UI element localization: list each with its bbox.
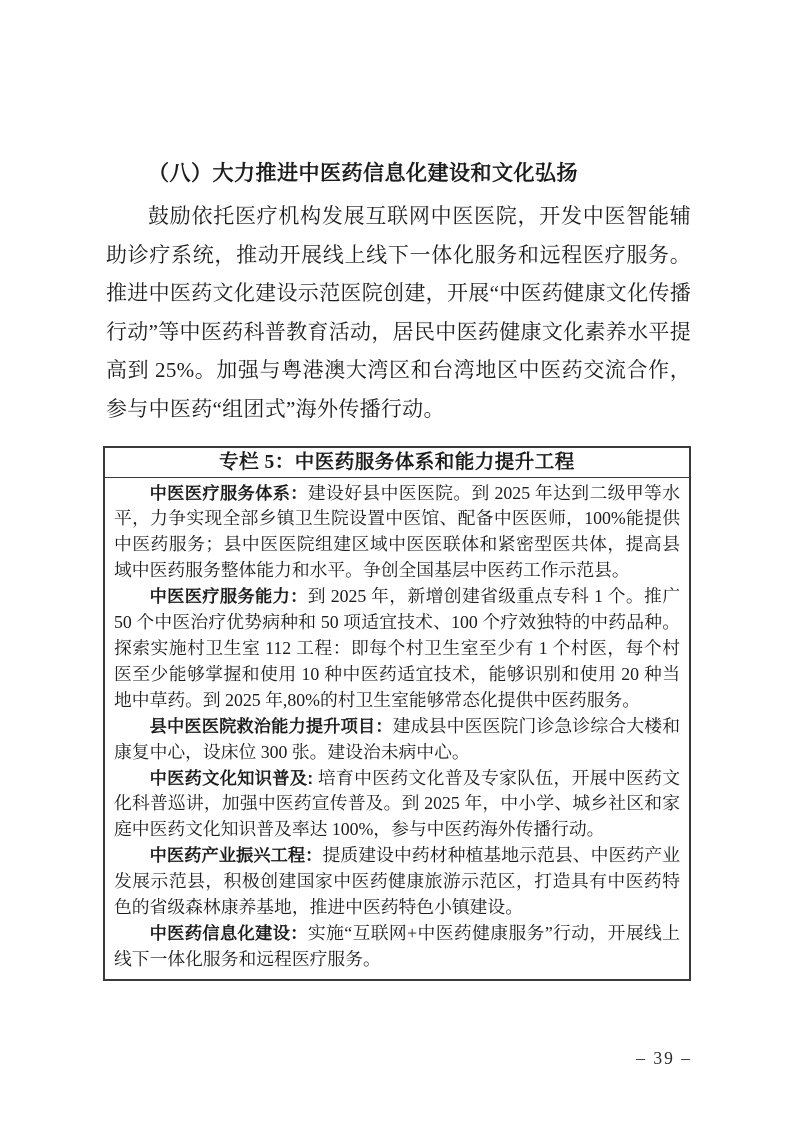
box-item-lead: 中医药文化知识普及: — [150, 768, 314, 788]
box-item-lead: 县中医医院救治能力提升项目： — [150, 716, 393, 736]
document-content: （八）大力推进中医药信息化建设和文化弘扬 鼓励依托医疗机构发展互联网中医医院，开… — [106, 158, 691, 981]
page-number: – 39 – — [636, 1048, 692, 1069]
box-item-lead: 中医医疗服务体系： — [150, 483, 308, 503]
box-item-industry-revitalization: 中医药产业振兴工程：提质建设中药材种植基地示范县、中医药产业发展示范县，积极创建… — [114, 843, 680, 921]
section-heading: （八）大力推进中医药信息化建设和文化弘扬 — [106, 158, 691, 188]
box-item-lead: 中医药信息化建设： — [150, 923, 308, 943]
document-page: （八）大力推进中医药信息化建设和文化弘扬 鼓励依托医疗机构发展互联网中医医院，开… — [0, 0, 793, 1122]
box-item-medical-service-system: 中医医疗服务体系：建设好县中医医院。到 2025 年达到二级甲等水平，力争实现全… — [114, 481, 680, 585]
box-item-lead: 中医医疗服务能力： — [150, 586, 308, 606]
body-paragraph: 鼓励依托医疗机构发展互联网中医医院，开发中医智能辅助诊疗系统，推动开展线上线下一… — [106, 197, 691, 429]
box-item-medical-service-capacity: 中医医疗服务能力：到 2025 年，新增创建省级重点专科 1 个。推广 50 个… — [114, 584, 680, 714]
column-box-body: 中医医疗服务体系：建设好县中医医院。到 2025 年达到二级甲等水平，力争实现全… — [105, 478, 689, 979]
box-item-lead: 中医药产业振兴工程： — [150, 845, 323, 865]
box-item-culture-knowledge: 中医药文化知识普及: 培育中医药文化普及专家队伍，开展中医药文化科普巡讲，加强中… — [114, 766, 680, 844]
column-5-box: 专栏 5：中医药服务体系和能力提升工程 中医医疗服务体系：建设好县中医医院。到 … — [103, 446, 691, 981]
box-item-county-hospital-project: 县中医医院救治能力提升项目：建成县中医医院门诊急诊综合大楼和康复中心，设床位 3… — [114, 714, 680, 766]
box-item-informatization: 中医药信息化建设：实施“互联网+中医药健康服务”行动，开展线上线下一体化服务和远… — [114, 921, 680, 973]
column-box-title: 专栏 5：中医药服务体系和能力提升工程 — [105, 448, 689, 478]
